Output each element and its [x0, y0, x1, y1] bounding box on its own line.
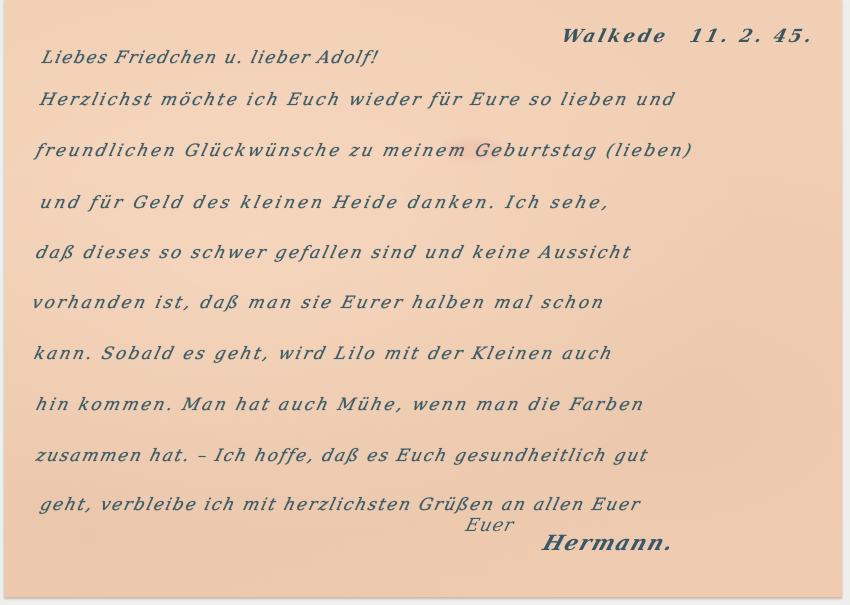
date: 11. 2. 45. [688, 26, 817, 47]
body-line-6: kann. Sobald es geht, wird Lilo mit der … [32, 344, 616, 364]
place-and-date: Walkede11. 2. 45. [559, 26, 816, 47]
body-line-2: freundlichen Glückwünsche zu meinem Gebu… [34, 141, 696, 161]
body-line-5: vorhanden ist, daß man sie Eurer halben … [30, 293, 608, 313]
body-line-4: daß dieses so schwer gefallen sind und k… [34, 243, 635, 263]
signature: Hermann. [540, 530, 678, 555]
body-line-8: zusammen hat. – Ich hoffe, daß es Euch g… [34, 446, 651, 466]
body-line-9: geht, verbleibe ich mit herzlichsten Grü… [38, 495, 643, 515]
body-line-3: und für Geld des kleinen Heide danken. I… [38, 193, 614, 213]
place: Walkede [559, 26, 670, 47]
postcard-paper: Walkede11. 2. 45. Liebes Friedchen u. li… [4, 0, 842, 598]
body-line-1: Herzlichst möchte ich Euch wieder für Eu… [38, 90, 679, 110]
salutation: Liebes Friedchen u. lieber Adolf! [40, 48, 382, 68]
body-line-7: hin kommen. Man hat auch Mühe, wenn man … [34, 395, 648, 415]
scanned-postcard: Walkede11. 2. 45. Liebes Friedchen u. li… [0, 0, 850, 605]
closing: Euer [463, 515, 516, 536]
